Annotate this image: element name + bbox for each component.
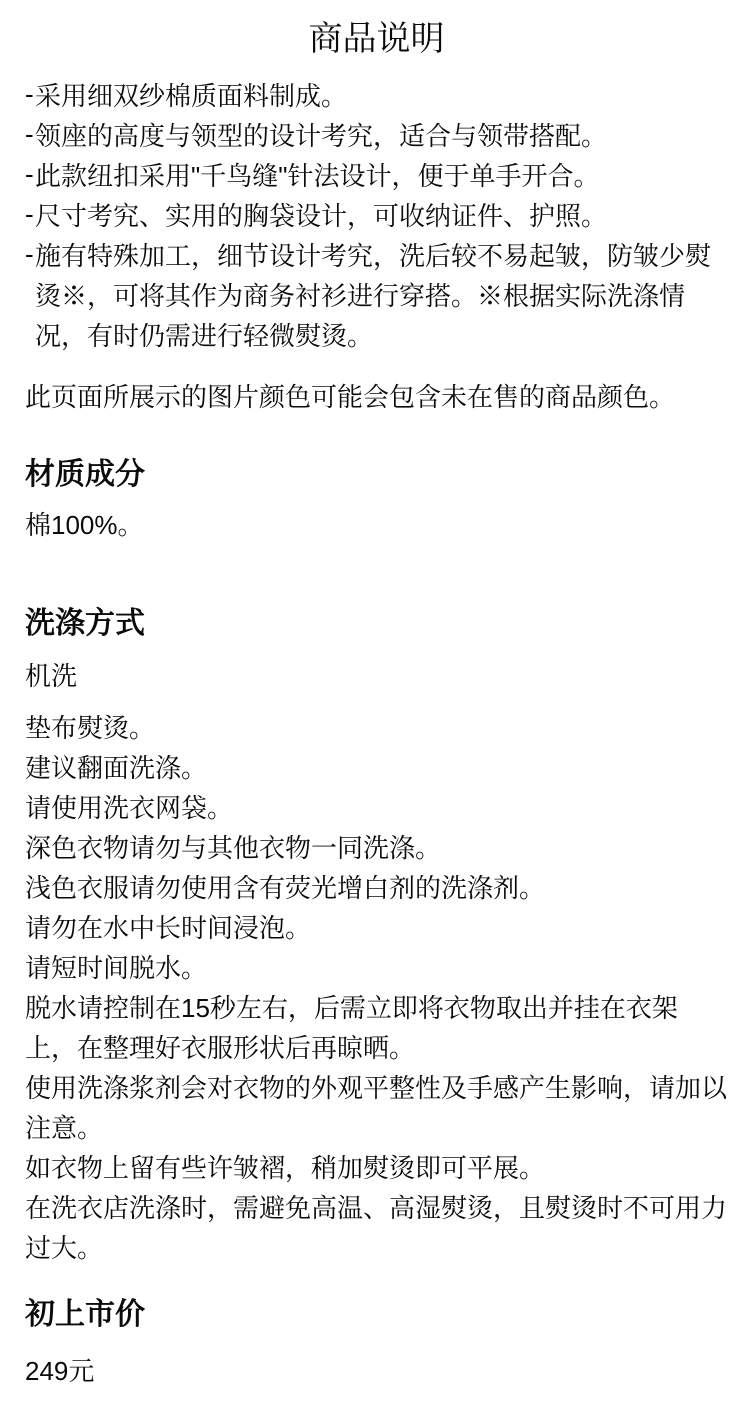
price-value: 249元	[25, 1351, 728, 1391]
description-item-text: 施有特殊加工，细节设计考究，洗后较不易起皱，防皱少熨烫※，可将其作为商务衬衫进行…	[35, 241, 711, 351]
washing-instruction: 脱水请控制在15秒左右，后需立即将衣物取出并挂在衣架上，在整理好衣服形状后再晾晒…	[25, 988, 728, 1068]
description-item-text: 采用细双纱棉质面料制成。	[35, 81, 347, 111]
washing-instruction: 使用洗涤浆剂会对衣物的外观平整性及手感产生影响，请加以注意。	[25, 1068, 728, 1148]
washing-instruction: 垫布熨烫。	[25, 708, 728, 748]
description-item: - 领座的高度与领型的设计考究，适合与领带搭配。	[25, 116, 728, 156]
washing-instruction: 深色衣物请勿与其他衣物一同洗涤。	[25, 828, 728, 868]
washing-instruction: 浅色衣服请勿使用含有荧光增白剂的洗涤剂。	[25, 868, 728, 908]
description-item: - 尺寸考究、实用的胸袋设计，可收纳证件、护照。	[25, 196, 728, 236]
description-item: - 此款纽扣采用"千鸟缝"针法设计，便于单手开合。	[25, 156, 728, 196]
bullet-dash: -	[25, 194, 34, 234]
washing-method: 机洗	[25, 656, 728, 696]
material-content: 棉100%。	[25, 505, 728, 545]
section-heading-washing: 洗涤方式	[25, 602, 728, 646]
washing-instruction-list: 垫布熨烫。 建议翻面洗涤。 请使用洗衣网袋。 深色衣物请勿与其他衣物一同洗涤。 …	[25, 708, 728, 1268]
washing-instruction: 请勿在水中长时间浸泡。	[25, 908, 728, 948]
washing-instruction: 建议翻面洗涤。	[25, 748, 728, 788]
bullet-dash: -	[25, 154, 34, 194]
description-item: - 采用细双纱棉质面料制成。	[25, 76, 728, 116]
description-item: - 施有特殊加工，细节设计考究，洗后较不易起皱，防皱少熨烫※，可将其作为商务衬衫…	[25, 236, 728, 356]
washing-instruction: 请短时间脱水。	[25, 948, 728, 988]
bullet-dash: -	[25, 74, 34, 114]
bullet-dash: -	[25, 114, 34, 154]
bullet-dash: -	[25, 234, 34, 274]
color-availability-note: 此页面所展示的图片颜色可能会包含未在售的商品颜色。	[25, 377, 728, 417]
description-item-text: 尺寸考究、实用的胸袋设计，可收纳证件、护照。	[35, 201, 607, 231]
washing-instruction: 请使用洗衣网袋。	[25, 788, 728, 828]
description-list: - 采用细双纱棉质面料制成。 - 领座的高度与领型的设计考究，适合与领带搭配。 …	[25, 76, 728, 356]
page-title: 商品说明	[25, 16, 728, 62]
washing-instruction: 如衣物上留有些许皱褶，稍加熨烫即可平展。	[25, 1148, 728, 1188]
washing-instruction: 在洗衣店洗涤时，需避免高温、高湿熨烫，且熨烫时不可用力过大。	[25, 1188, 728, 1268]
section-heading-material: 材质成分	[25, 453, 728, 497]
description-item-text: 领座的高度与领型的设计考究，适合与领带搭配。	[35, 121, 607, 151]
section-heading-price: 初上市价	[25, 1293, 728, 1337]
description-item-text: 此款纽扣采用"千鸟缝"针法设计，便于单手开合。	[35, 161, 599, 191]
